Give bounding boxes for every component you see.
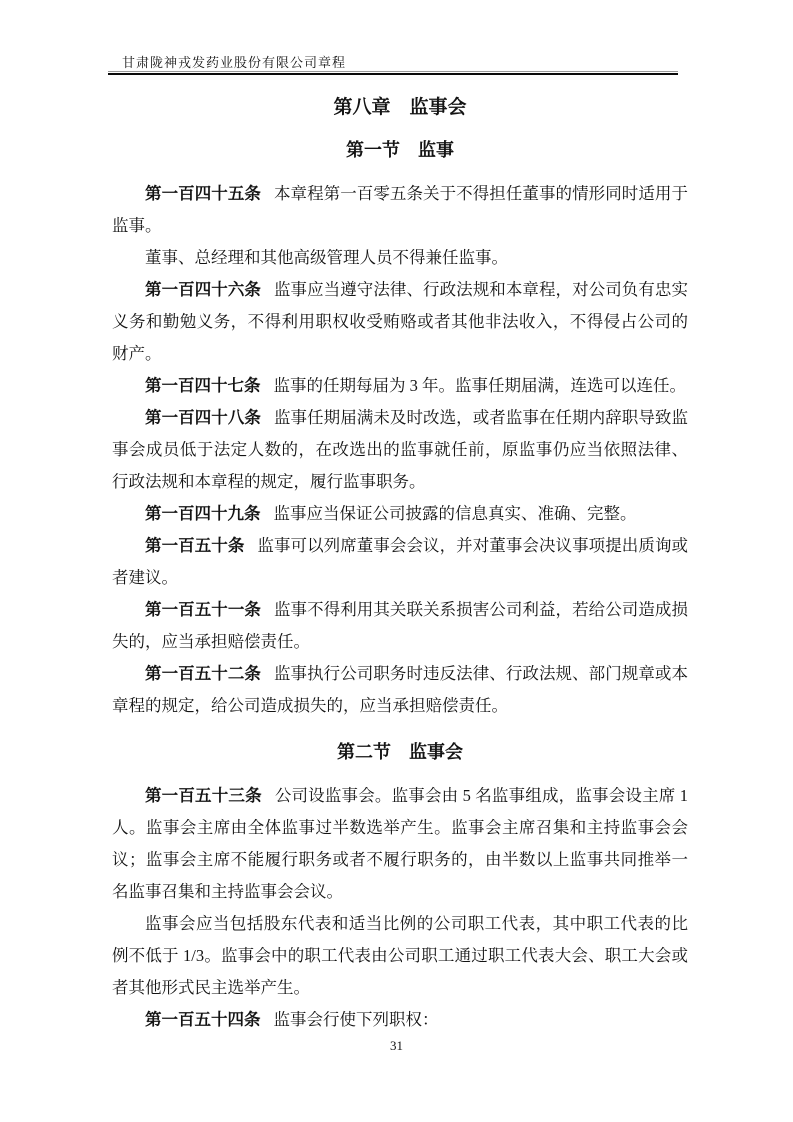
section-heading: 第二节 监事会 bbox=[112, 738, 688, 766]
chapter-heading: 第八章 监事会 bbox=[112, 94, 688, 122]
article-number: 第一百四十五条 bbox=[145, 184, 274, 203]
article-paragraph: 第一百五十条监事可以列席董事会会议，并对董事会决议事项提出质询或者建议。 bbox=[112, 530, 688, 594]
article-text: 监事应当保证公司披露的信息真实、准确、完整。 bbox=[274, 504, 637, 523]
article-paragraph: 第一百四十八条监事任期届满未及时改选，或者监事在任期内辞职导致监事会成员低于法定… bbox=[112, 402, 688, 498]
article-paragraph: 第一百四十七条监事的任期每届为 3 年。监事任期届满，连选可以连任。 bbox=[112, 370, 688, 402]
article-number: 第一百五十四条 bbox=[145, 1010, 274, 1029]
page-number: 31 bbox=[0, 1038, 793, 1054]
article-paragraph: 第一百四十五条本章程第一百零五条关于不得担任董事的情形同时适用于监事。 bbox=[112, 178, 688, 242]
document-body: 第八章 监事会第一节 监事第一百四十五条本章程第一百零五条关于不得担任董事的情形… bbox=[112, 86, 688, 1036]
article-text: 监事的任期每届为 3 年。监事任期届满，连选可以连任。 bbox=[274, 376, 687, 395]
article-paragraph: 第一百五十四条监事会行使下列职权： bbox=[112, 1004, 688, 1036]
article-number: 第一百五十一条 bbox=[145, 600, 274, 619]
article-number: 第一百四十九条 bbox=[145, 504, 274, 523]
article-paragraph: 第一百五十一条监事不得利用其关联关系损害公司利益，若给公司造成损失的，应当承担赔… bbox=[112, 594, 688, 658]
article-number: 第一百五十三条 bbox=[145, 786, 275, 805]
header-rule bbox=[108, 71, 678, 75]
article-text: 监事会行使下列职权： bbox=[274, 1010, 439, 1029]
article-number: 第一百五十二条 bbox=[145, 664, 274, 683]
body-paragraph: 监事会应当包括股东代表和适当比例的公司职工代表，其中职工代表的比例不低于 1/3… bbox=[112, 908, 688, 1004]
document-page: 甘肃陇神戎发药业股份有限公司章程 第八章 监事会第一节 监事第一百四十五条本章程… bbox=[0, 0, 793, 1122]
article-number: 第一百四十七条 bbox=[145, 376, 274, 395]
section-heading: 第一节 监事 bbox=[112, 136, 688, 164]
article-number: 第一百四十八条 bbox=[145, 408, 274, 427]
article-number: 第一百四十六条 bbox=[145, 280, 274, 299]
article-number: 第一百五十条 bbox=[145, 536, 257, 555]
header-rule-thick-line bbox=[108, 73, 678, 75]
article-paragraph: 第一百五十三条公司设监事会。监事会由 5 名监事组成，监事会设主席 1 人。监事… bbox=[112, 780, 688, 908]
article-paragraph: 第一百四十九条监事应当保证公司披露的信息真实、准确、完整。 bbox=[112, 498, 688, 530]
article-paragraph: 第一百四十六条监事应当遵守法律、行政法规和本章程，对公司负有忠实义务和勤勉义务，… bbox=[112, 274, 688, 370]
body-paragraph: 董事、总经理和其他高级管理人员不得兼任监事。 bbox=[112, 242, 688, 274]
page-header-title: 甘肃陇神戎发药业股份有限公司章程 bbox=[122, 52, 346, 71]
article-paragraph: 第一百五十二条监事执行公司职务时违反法律、行政法规、部门规章或本章程的规定，给公… bbox=[112, 658, 688, 722]
